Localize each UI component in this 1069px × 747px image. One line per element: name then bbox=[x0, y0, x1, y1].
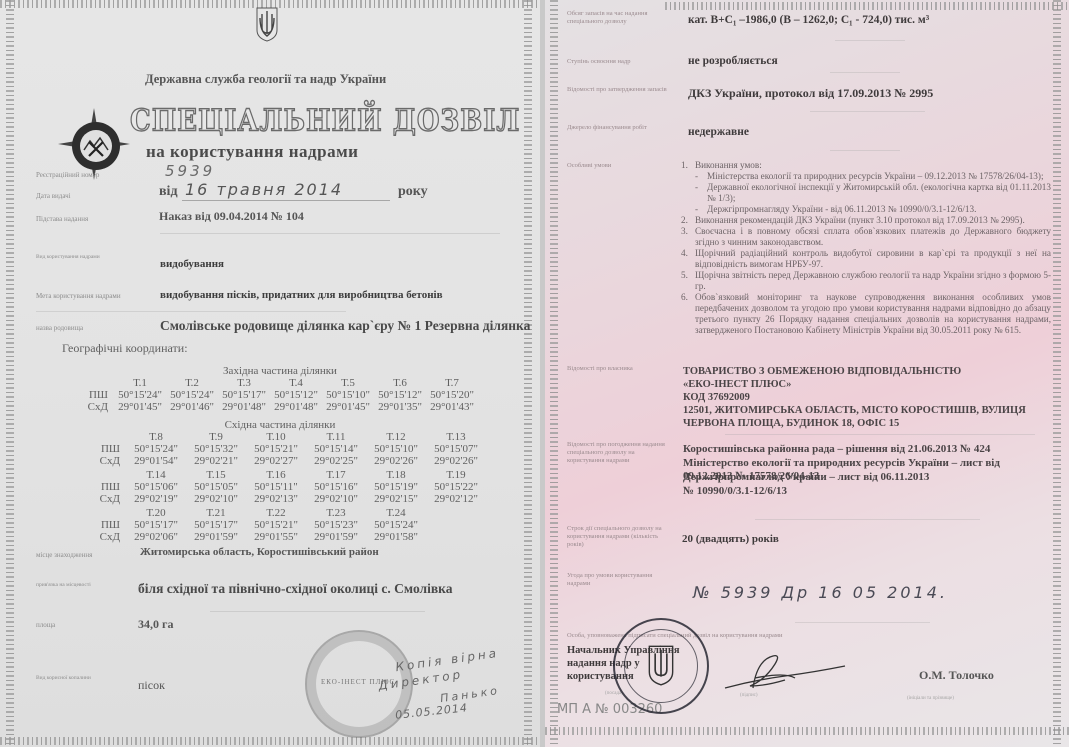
coordinate-value: 50°15'10" bbox=[322, 389, 374, 401]
condition-subitem: Міністерства екології та природних ресур… bbox=[679, 171, 1051, 182]
longitude-row: СхД29°01'45"29°01'46"29°01'48"29°01'48"2… bbox=[72, 401, 478, 413]
condition-text: Щорічна звітність перед Державною службо… bbox=[695, 270, 1051, 291]
condition-number: 4. bbox=[681, 248, 688, 259]
west-part-coordinates: Західна частина ділянки Т.1Т.2Т.3Т.4Т.5Т… bbox=[40, 365, 520, 425]
official-name: О.М. Толочко bbox=[919, 668, 994, 683]
condition-text: Щорічний радіаційний контроль видобутої … bbox=[695, 248, 1051, 269]
condition-number: 3. bbox=[681, 226, 688, 237]
coordinate-value: 29°01'43" bbox=[426, 401, 478, 413]
condition-item: 5.Щорічна звітність перед Державною служ… bbox=[679, 270, 1051, 292]
coordinate-value: 50°15'22" bbox=[426, 481, 486, 493]
issue-date-underline bbox=[182, 200, 390, 201]
point-id-row: Т.1Т.2Т.3Т.4Т.5Т.6Т.7 bbox=[72, 377, 478, 389]
coordinate-value: 29°02'26" bbox=[426, 455, 486, 467]
purpose-value: видобування пісків, придатних для виробн… bbox=[160, 289, 443, 301]
row-header: ПШ bbox=[72, 389, 114, 401]
row-header: СхД bbox=[84, 493, 126, 505]
point-id: Т.9 bbox=[186, 431, 246, 443]
coordinate-value: 29°01'54" bbox=[126, 455, 186, 467]
divider bbox=[755, 519, 980, 520]
coordinate-value: 29°01'45" bbox=[114, 401, 166, 413]
coordinate-value: 50°15'07" bbox=[426, 443, 486, 455]
owner-info-line: «ЕКО-ІНЕСТ ПЛЮС» bbox=[683, 378, 791, 391]
condition-number: 6. bbox=[681, 292, 688, 303]
divider bbox=[830, 72, 900, 73]
point-id: Т.4 bbox=[270, 377, 322, 389]
page-border-bottom bbox=[545, 727, 1069, 735]
point-id: Т.8 bbox=[126, 431, 186, 443]
coordinate-value: 29°02'19" bbox=[126, 493, 186, 505]
row-header: СхД bbox=[72, 401, 114, 413]
coordinate-value: 29°02'27" bbox=[246, 455, 306, 467]
coordinate-value: 29°02'26" bbox=[366, 455, 426, 467]
point-id: Т.22 bbox=[246, 507, 306, 519]
coordinate-value: 50°15'24" bbox=[166, 389, 218, 401]
latitude-row: ПШ50°15'17"50°15'17"50°15'21"50°15'23"50… bbox=[84, 519, 426, 531]
deposit-name-value: Смолівське родовище ділянка кар`єру № 1 … bbox=[160, 318, 530, 334]
page-border-left bbox=[550, 0, 558, 747]
owner-info-line: ТОВАРИСТВО З ОБМЕЖЕНОЮ ВІДПОВІДАЛЬНІСТЮ bbox=[683, 365, 961, 378]
page-border-bottom bbox=[0, 737, 540, 745]
agreement-note-label: Угода про умови користування надрами bbox=[567, 572, 672, 588]
issue-date-prefix: від bbox=[159, 184, 178, 200]
owner-label: Відомості про власника bbox=[567, 365, 672, 373]
row-header: СхД bbox=[84, 531, 126, 543]
term-label: Строк дії спеціального дозволу на корист… bbox=[567, 525, 672, 549]
funding-label: Джерело фінансування робіт bbox=[567, 124, 672, 132]
coordinate-value: 50°15'14" bbox=[306, 443, 366, 455]
term-value: 20 (двадцять) років bbox=[682, 533, 779, 545]
point-id: Т.1 bbox=[114, 377, 166, 389]
row-header bbox=[84, 469, 126, 481]
coordinate-value: 29°01'58" bbox=[366, 531, 426, 543]
page-border-right bbox=[524, 0, 532, 747]
point-id: Т.19 bbox=[426, 469, 486, 481]
location-label: місце знаходження bbox=[36, 551, 92, 559]
point-id: Т.2 bbox=[166, 377, 218, 389]
row-header bbox=[84, 507, 126, 519]
owner-info-line: КОД 37692009 bbox=[683, 391, 750, 404]
reserves-value: кат. В+С₁ –1986,0 (В – 1262,0; С₁ - 724,… bbox=[688, 14, 929, 26]
coordinate-value: 50°15'24" bbox=[114, 389, 166, 401]
development-state-value: не розробляється bbox=[688, 55, 778, 67]
state-service-stamp bbox=[613, 618, 709, 714]
point-id: Т.3 bbox=[218, 377, 270, 389]
row-header: ПШ bbox=[84, 481, 126, 493]
funding-value: недержавне bbox=[688, 126, 749, 138]
coordinate-value: 29°01'46" bbox=[166, 401, 218, 413]
point-id: Т.15 bbox=[186, 469, 246, 481]
agreement-note-handwritten: № 5939 Др 16 05 2014. bbox=[693, 583, 948, 602]
row-header bbox=[72, 377, 114, 389]
coordinate-value: 29°02'10" bbox=[186, 493, 246, 505]
divider bbox=[210, 611, 425, 612]
document-title: СПЕЦІАЛЬНИЙ ДОЗВІЛ bbox=[130, 104, 520, 139]
coordinate-value: 29°02'06" bbox=[126, 531, 186, 543]
east-part-coordinates: Східна частина ділянки Т.8Т.9Т.10Т.11Т.1… bbox=[40, 419, 520, 544]
latitude-row: ПШ50°15'06"50°15'05"50°15'11"50°15'16"50… bbox=[84, 481, 486, 493]
coat-of-arms-icon bbox=[255, 6, 279, 42]
permit-front-page: Державна служба геології та надр України… bbox=[0, 0, 540, 747]
point-id: Т.14 bbox=[126, 469, 186, 481]
point-id: Т.23 bbox=[306, 507, 366, 519]
issue-basis-value: Наказ від 09.04.2014 № 104 bbox=[159, 209, 304, 224]
issue-basis-label: Підстава надання bbox=[36, 215, 88, 223]
signature-caption: (підпис) bbox=[740, 693, 758, 698]
condition-item: 3.Своєчасна і в повному обсязі сплата об… bbox=[679, 226, 1051, 248]
name-caption: (ініціали та прізвище) bbox=[907, 696, 954, 701]
page-border-top bbox=[665, 2, 1069, 10]
condition-text: Виконання рекомендацій ДКЗ України (пунк… bbox=[695, 215, 1025, 225]
coordinate-value: 50°15'05" bbox=[186, 481, 246, 493]
coordinate-value: 50°15'11" bbox=[246, 481, 306, 493]
special-conditions-list: 1.Виконання умов:Міністерства екології т… bbox=[679, 160, 1051, 336]
agreement-line: Держгірпромнагляд України – лист від 06.… bbox=[683, 471, 1049, 484]
coordinate-value: 29°02'13" bbox=[246, 493, 306, 505]
row-header: ПШ bbox=[84, 519, 126, 531]
area-label: площа bbox=[36, 621, 55, 629]
mineral-label: Вид корисної копалини bbox=[36, 675, 131, 681]
coordinate-value: 29°01'48" bbox=[218, 401, 270, 413]
divider bbox=[725, 434, 1035, 435]
latitude-row: ПШ50°15'24"50°15'24"50°15'17"50°15'12"50… bbox=[72, 389, 478, 401]
stamp-trident-icon bbox=[645, 644, 677, 686]
condition-subitem: Держгірпромнагляду України - від 06.11.2… bbox=[679, 204, 1051, 215]
coordinate-value: 50°15'16" bbox=[306, 481, 366, 493]
latitude-row: ПШ50°15'24"50°15'32"50°15'21"50°15'14"50… bbox=[84, 443, 486, 455]
coordinate-value: 50°15'12" bbox=[270, 389, 322, 401]
point-id: Т.16 bbox=[246, 469, 306, 481]
point-id: Т.18 bbox=[366, 469, 426, 481]
condition-text: Виконання умов: bbox=[695, 160, 762, 170]
agreement-line: Коростишівська районна рада – рішення ві… bbox=[683, 443, 1049, 456]
coordinate-value: 50°15'21" bbox=[246, 519, 306, 531]
east-part-title: Східна частина ділянки bbox=[40, 419, 520, 431]
point-id: Т.13 bbox=[426, 431, 486, 443]
condition-item: 2.Виконання рекомендацій ДКЗ України (пу… bbox=[679, 215, 1051, 226]
coordinate-value: 50°15'32" bbox=[186, 443, 246, 455]
divider bbox=[835, 40, 905, 41]
divider bbox=[160, 233, 500, 234]
condition-item: 1.Виконання умов: bbox=[679, 160, 1051, 171]
coordinate-value: 29°01'45" bbox=[322, 401, 374, 413]
registration-number: 5939 bbox=[165, 162, 215, 180]
coordinate-value: 29°02'21" bbox=[186, 455, 246, 467]
handwritten-note-line-3: Панько bbox=[439, 684, 500, 705]
coordinate-value: 50°15'24" bbox=[366, 519, 426, 531]
coordinate-value: 29°01'59" bbox=[306, 531, 366, 543]
condition-item: 4.Щорічний радіаційний контроль видобуто… bbox=[679, 248, 1051, 270]
coordinate-value: 50°15'10" bbox=[366, 443, 426, 455]
coordinate-value: 50°15'21" bbox=[246, 443, 306, 455]
geology-service-emblem-icon bbox=[58, 108, 130, 180]
development-state-label: Ступінь освоєння надр bbox=[567, 58, 672, 66]
condition-item: 6.Обов`язковий моніторинг та наукове суп… bbox=[679, 292, 1051, 336]
point-id: Т.6 bbox=[374, 377, 426, 389]
point-id: Т.10 bbox=[246, 431, 306, 443]
mineral-value: пісок bbox=[138, 678, 165, 693]
coordinate-value: 29°02'15" bbox=[366, 493, 426, 505]
deposit-name-label: назва родовища bbox=[36, 324, 83, 332]
condition-text: Обов`язковий моніторинг та наукове супро… bbox=[695, 292, 1051, 335]
coordinate-value: 29°02'12" bbox=[426, 493, 486, 505]
official-label: Особа, уповноважена підписати спеціальни… bbox=[567, 632, 837, 640]
document-subtitle: на користування надрами bbox=[146, 142, 358, 162]
coordinate-value: 29°02'25" bbox=[306, 455, 366, 467]
coordinate-value: 29°01'55" bbox=[246, 531, 306, 543]
coordinates-heading: Географічні координати: bbox=[62, 341, 188, 356]
approval-label: Відомості про затвердження запасів bbox=[567, 86, 672, 94]
permit-back-page: Обсяг запасів на час надання спеціальног… bbox=[545, 0, 1069, 747]
use-type-label: Вид користування надрами bbox=[36, 254, 156, 260]
condition-number: 2. bbox=[681, 215, 688, 226]
page-border-right bbox=[1053, 0, 1061, 747]
point-id-row: Т.14Т.15Т.16Т.17Т.18Т.19 bbox=[84, 469, 486, 481]
condition-subitem: Державної екологічної інспекції у Житоми… bbox=[679, 182, 1051, 204]
longitude-row: СхД29°01'54"29°02'21"29°02'27"29°02'25"2… bbox=[84, 455, 486, 467]
longitude-row: СхД29°02'06"29°01'59"29°01'55"29°01'59"2… bbox=[84, 531, 426, 543]
point-id-row: Т.20Т.21Т.22Т.23Т.24 bbox=[84, 507, 426, 519]
issue-date-suffix: року bbox=[398, 184, 428, 200]
coordinate-value: 50°15'17" bbox=[126, 519, 186, 531]
condition-text: Своєчасна і в повному обсязі сплата обов… bbox=[695, 226, 1051, 247]
point-id: Т.12 bbox=[366, 431, 426, 443]
reserves-label: Обсяг запасів на час надання спеціальног… bbox=[567, 10, 672, 26]
coordinate-value: 50°15'17" bbox=[186, 519, 246, 531]
west-part-title: Західна частина ділянки bbox=[40, 365, 520, 377]
location-detail-label: прив'язка на місцевості bbox=[36, 582, 131, 588]
divider bbox=[810, 111, 925, 112]
row-header bbox=[84, 431, 126, 443]
condition-number: 5. bbox=[681, 270, 688, 281]
area-value: 34,0 га bbox=[138, 617, 173, 632]
coordinate-value: 50°15'17" bbox=[218, 389, 270, 401]
coordinate-value: 50°15'12" bbox=[374, 389, 426, 401]
registration-number-label: Реєстраційний номер bbox=[36, 171, 99, 179]
purpose-label: Мета користування надрами bbox=[36, 292, 121, 300]
coordinate-value: 29°02'10" bbox=[306, 493, 366, 505]
agreement-line: № 10990/0/3.1-12/6/13 bbox=[683, 485, 1049, 498]
approval-value: ДКЗ України, протокол від 17.09.2013 № 2… bbox=[688, 86, 933, 101]
issue-date-label: Дата видачі bbox=[36, 192, 71, 200]
coordinate-value: 50°15'19" bbox=[366, 481, 426, 493]
coordinate-value: 50°15'20" bbox=[426, 389, 478, 401]
agency-name: Державна служба геології та надр України bbox=[145, 72, 386, 87]
coordinate-value: 29°01'35" bbox=[374, 401, 426, 413]
coordinate-value: 50°15'23" bbox=[306, 519, 366, 531]
point-id: Т.21 bbox=[186, 507, 246, 519]
row-header: СхД bbox=[84, 455, 126, 467]
page-border-left bbox=[6, 0, 14, 747]
point-id: Т.11 bbox=[306, 431, 366, 443]
conditions-label: Особливі умови bbox=[567, 162, 672, 170]
coordinate-value: 29°01'59" bbox=[186, 531, 246, 543]
divider bbox=[795, 622, 930, 623]
owner-info-line: ЧЕРВОНА ПЛОЩА, БУДИНОК 18, ОФІС 15 bbox=[683, 417, 899, 430]
point-id: Т.17 bbox=[306, 469, 366, 481]
coordinate-value: 50°15'24" bbox=[126, 443, 186, 455]
location-value: Житомирська область, Коростишівський рай… bbox=[140, 546, 379, 558]
point-id: Т.7 bbox=[426, 377, 478, 389]
divider bbox=[830, 150, 900, 151]
location-detail-value: біля східної та північно-східної околиці… bbox=[138, 581, 452, 597]
issue-date-handwritten: 16 травня 2014 bbox=[185, 180, 343, 199]
point-id: Т.20 bbox=[126, 507, 186, 519]
condition-number: 1. bbox=[681, 160, 688, 171]
point-id-row: Т.8Т.9Т.10Т.11Т.12Т.13 bbox=[84, 431, 486, 443]
owner-info-line: 12501, ЖИТОМИРСЬКА ОБЛАСТЬ, МІСТО КОРОСТ… bbox=[683, 404, 1026, 417]
official-signature bbox=[695, 650, 855, 695]
coordinate-value: 29°01'48" bbox=[270, 401, 322, 413]
row-header: ПШ bbox=[84, 443, 126, 455]
agreements-label: Відомості про погодження надання спеціал… bbox=[567, 441, 672, 465]
longitude-row: СхД29°02'19"29°02'10"29°02'13"29°02'10"2… bbox=[84, 493, 486, 505]
point-id: Т.24 bbox=[366, 507, 426, 519]
use-type-value: видобування bbox=[160, 258, 224, 270]
point-id: Т.5 bbox=[322, 377, 374, 389]
coordinate-value: 50°15'06" bbox=[126, 481, 186, 493]
divider bbox=[36, 311, 346, 312]
